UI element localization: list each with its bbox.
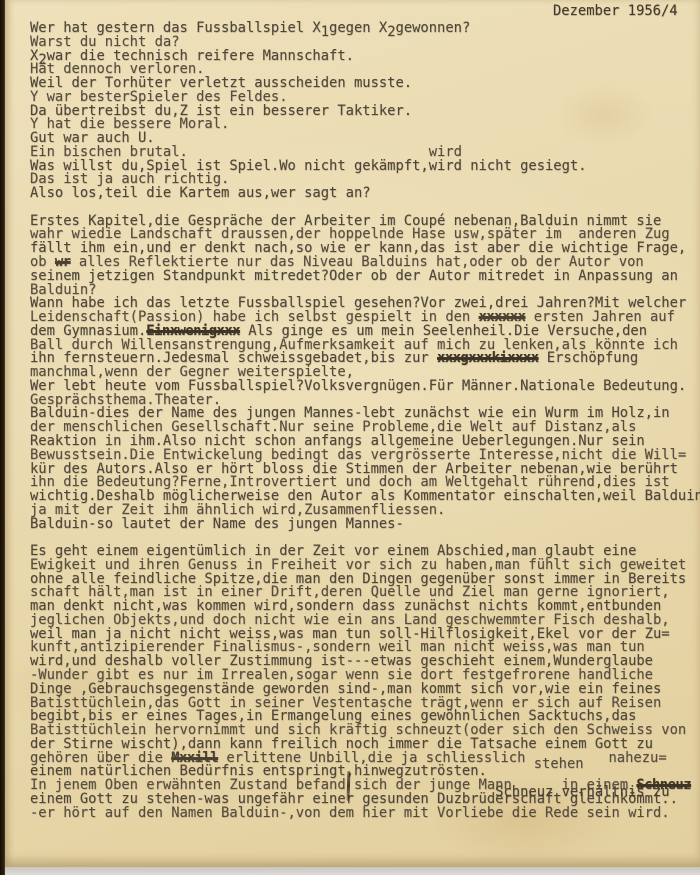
text-line: Balduin-so lautet der Name des jungen Ma…: [30, 518, 700, 532]
text-segment: gewonnen?: [396, 20, 471, 36]
scan-background-bottom: [5, 867, 700, 875]
text-line: Also los,teil die Kartem aus,wer sagt an…: [30, 187, 700, 201]
paper-sheet: Dezember 1956/4 Wer hat gestern das Fuss…: [5, 0, 700, 867]
text-segment: [525, 750, 533, 766]
scanned-typescript-page: { "page": { "date_header": "Dezember 195…: [0, 0, 700, 875]
text-line: seinem jetzigen Standpunkt mitredet?Oder…: [30, 270, 700, 284]
text-segment: gegen X: [329, 20, 387, 36]
text-segment: -er hört auf den Namen Balduin-,von dem …: [30, 805, 670, 821]
text-segment: Also los,teil die Kartem aus,wer sagt an…: [30, 185, 371, 201]
date-header: Dezember 1956/4: [553, 3, 678, 19]
text-line: -er hört auf den Namen Balduin-,von dem …: [30, 807, 700, 821]
text-segment: seinem jetzigen Standpunkt mitredet?Oder…: [30, 268, 678, 284]
scan-edge-left: [0, 0, 5, 875]
raise-segment: Schneuz verhältnis zu: [495, 786, 669, 800]
text-segment: Erschöpfung: [539, 350, 639, 366]
text-segment: Balduin-so lautet der Name des jungen Ma…: [30, 516, 404, 532]
typewritten-lines: Wer hat gestern das Fussballspiel X1gege…: [30, 22, 700, 820]
text-segment: nahezu=: [584, 750, 667, 766]
struck-segment: xxxgxxxkixxxx: [437, 350, 538, 366]
